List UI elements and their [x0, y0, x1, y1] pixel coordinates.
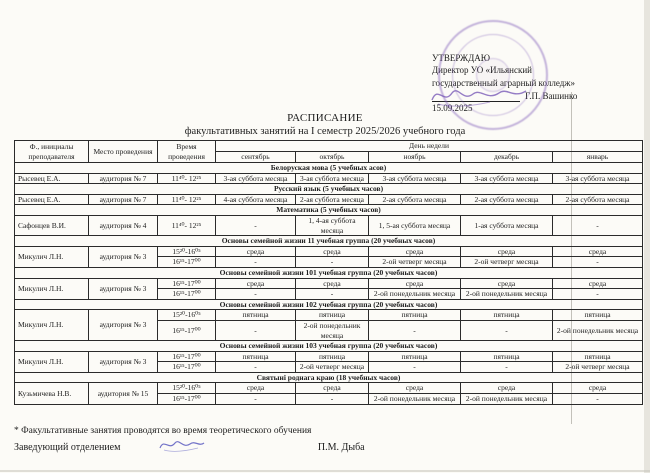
schedule-cell: среда: [553, 246, 643, 257]
col-header-time: Время проведения: [158, 141, 216, 163]
schedule-cell: 2-ой понедельник месяца: [296, 320, 369, 340]
teacher-cell: Микулич Л.Н.: [15, 246, 89, 267]
time-cell: 16¹⁵-17⁰⁰: [158, 394, 216, 405]
schedule-cell: 3-ая суббота месяца: [461, 173, 553, 184]
schedule-cell: пятница: [369, 351, 461, 362]
section-title: Белоруская мова (5 учебных асов): [15, 163, 643, 174]
section-header-row: Русский язык (5 учебных часов): [15, 184, 643, 195]
schedule-cell: -: [216, 362, 296, 373]
time-cell: 11⁴⁰- 12²⁵: [158, 215, 216, 235]
schedule-cell: среда: [216, 383, 296, 394]
schedule-cell: -: [553, 215, 643, 235]
schedule-row: Рысевец Е.А.аудитория № 711⁴⁰- 12²⁵4-ая …: [15, 194, 643, 205]
schedule-cell: 2-ой четверг месяца: [461, 257, 553, 268]
time-cell: 16¹⁵-17⁰⁰: [158, 351, 216, 362]
section-title: Святыні роднага краю (18 учебных часов): [15, 372, 643, 383]
schedule-cell: пятница: [216, 351, 296, 362]
schedule-cell: среда: [461, 278, 553, 289]
teacher-cell: Кузьмичева Н.В.: [15, 383, 89, 404]
col-header-month: январь: [553, 152, 643, 163]
schedule-cell: 2-ой понедельник месяца: [461, 394, 553, 405]
schedule-cell: 2-ая суббота месяца: [553, 194, 643, 205]
schedule-cell: 2-ой понедельник месяца: [461, 289, 553, 300]
time-cell: 15²⁰-16⁰⁵: [158, 383, 216, 394]
schedule-row: Сафонцев В.И.аудитория № 411⁴⁰- 12²⁵-1, …: [15, 215, 643, 235]
teacher-cell: Рысевец Е.А.: [15, 194, 89, 205]
schedule-cell: -: [461, 320, 553, 340]
schedule-cell: -: [461, 362, 553, 373]
document-subtitle: факультативных занятий на I семестр 2025…: [0, 126, 650, 137]
schedule-cell: среда: [461, 383, 553, 394]
schedule-cell: 2-ой четверг месяца: [296, 362, 369, 373]
approval-date: 15.09.2025: [432, 102, 647, 114]
schedule-cell: -: [369, 362, 461, 373]
schedule-cell: 3-ая суббота месяца: [296, 173, 369, 184]
footer-row: Заведующий отделением П.М. Дыба: [14, 442, 614, 453]
schedule-cell: среда: [553, 383, 643, 394]
schedule-cell: 2-ая суббота месяца: [461, 194, 553, 205]
teacher-cell: Микулич Л.Н.: [15, 351, 89, 372]
schedule-cell: среда: [369, 246, 461, 257]
schedule-cell: -: [553, 394, 643, 405]
time-cell: 15²⁰-16⁰⁵: [158, 246, 216, 257]
place-cell: аудитория № 3: [89, 246, 158, 267]
schedule-cell: 2-ой понедельник месяца: [369, 289, 461, 300]
col-header-month: сентябрь: [216, 152, 296, 163]
place-cell: аудитория № 3: [89, 351, 158, 372]
schedule-cell: среда: [553, 278, 643, 289]
time-cell: 11⁴⁰- 12²⁵: [158, 173, 216, 184]
schedule-cell: среда: [461, 246, 553, 257]
section-header-row: Белоруская мова (5 учебных асов): [15, 163, 643, 174]
schedule-row: Микулич Л.Н.аудитория № 316¹⁵-17⁰⁰пятниц…: [15, 351, 643, 362]
schedule-cell: 3-ая суббота месяца: [216, 173, 296, 184]
schedule-cell: пятница: [461, 310, 553, 321]
col-header-teacher: Ф., инициалы преподавателя: [15, 141, 89, 163]
schedule-cell: пятница: [216, 310, 296, 321]
footer-position: Заведующий отделением: [14, 442, 120, 453]
schedule-cell: среда: [369, 383, 461, 394]
schedule-cell: -: [296, 394, 369, 405]
col-header-month: декабрь: [461, 152, 553, 163]
section-header-row: Святыні роднага краю (18 учебных часов): [15, 372, 643, 383]
section-title: Основы семейной жизни 102 учебная группа…: [15, 299, 643, 310]
title-block: РАСПИСАНИЕ факультативных занятий на I с…: [0, 112, 650, 137]
signature-line: [432, 92, 520, 102]
schedule-cell: пятница: [461, 351, 553, 362]
schedule-row: Микулич Л.Н.аудитория № 316¹⁵-17⁰⁰средас…: [15, 278, 643, 289]
place-cell: аудитория № 4: [89, 215, 158, 235]
place-cell: аудитория № 3: [89, 310, 158, 341]
schedule-cell: пятница: [369, 310, 461, 321]
teacher-cell: Сафонцев В.И.: [15, 215, 89, 235]
col-header-month: ноябрь: [369, 152, 461, 163]
schedule-row: Микулич Л.Н.аудитория № 315²⁰-16⁰⁵средас…: [15, 246, 643, 257]
time-cell: 16¹⁵-17⁰⁰: [158, 257, 216, 268]
schedule-cell: -: [216, 257, 296, 268]
schedule-cell: 1-ая суббота месяца: [461, 215, 553, 235]
col-header-place: Место проведения: [89, 141, 158, 163]
schedule-cell: среда: [216, 246, 296, 257]
schedule-cell: -: [553, 289, 643, 300]
time-cell: 16¹⁵-17⁰⁰: [158, 362, 216, 373]
schedule-cell: пятница: [296, 351, 369, 362]
teacher-cell: Рысевец Е.А.: [15, 173, 89, 184]
schedule-cell: -: [216, 320, 296, 340]
time-cell: 15²⁰-16⁰⁵: [158, 310, 216, 321]
schedule-cell: 1, 4-ая суббота месяца: [296, 215, 369, 235]
schedule-cell: -: [216, 289, 296, 300]
schedule-cell: 3-ая суббота месяца: [369, 173, 461, 184]
schedule-cell: 3-ая суббота месяца: [553, 173, 643, 184]
time-cell: 16¹⁵-17⁰⁰: [158, 278, 216, 289]
schedule-row: Микулич Л.Н.аудитория № 315²⁰-16⁰⁵пятниц…: [15, 310, 643, 321]
schedule-cell: -: [296, 289, 369, 300]
section-header-row: Математика (5 учебных часов): [15, 205, 643, 216]
approval-signature-row: Г.П. Вашинко: [432, 90, 647, 102]
schedule-cell: 2-ой четверг месяца: [553, 362, 643, 373]
section-header-row: Основы семейной жизни 11 учебная группа …: [15, 236, 643, 247]
schedule-cell: -: [216, 215, 296, 235]
schedule-cell: -: [296, 257, 369, 268]
schedule-cell: 2-ой четверг месяца: [369, 257, 461, 268]
schedule-cell: среда: [296, 278, 369, 289]
approval-block: УТВЕРЖДАЮ Директор УО «Ильянский государ…: [432, 52, 647, 114]
section-header-row: Основы семейной жизни 102 учебная группа…: [15, 299, 643, 310]
footnote: * Факультативные занятия проводятся во в…: [14, 426, 311, 436]
col-header-day-of-week: День недели: [216, 141, 643, 152]
schedule-cell: 2-ой понедельник месяца: [369, 394, 461, 405]
place-cell: аудитория № 7: [89, 194, 158, 205]
scanned-schedule-document: { "colors": { "ink": "#1c1c1c", "stamp_v…: [0, 0, 650, 473]
schedule-cell: среда: [369, 278, 461, 289]
director-name: Г.П. Вашинко: [525, 90, 577, 102]
teacher-cell: Микулич Л.Н.: [15, 310, 89, 341]
section-title: Математика (5 учебных часов): [15, 205, 643, 216]
schedule-cell: пятница: [553, 310, 643, 321]
approval-line3: государственный аграрный колледж»: [432, 77, 647, 89]
schedule-cell: пятница: [553, 351, 643, 362]
schedule-cell: 4-ая суббота месяца: [216, 194, 296, 205]
schedule-cell: -: [553, 257, 643, 268]
footer-name: П.М. Дыба: [318, 442, 365, 453]
time-cell: 16¹⁵-17⁰⁰: [158, 320, 216, 340]
section-title: Основы семейной жизни 11 учебная группа …: [15, 236, 643, 247]
section-header-row: Основы семейной жизни 101 учебная группа…: [15, 267, 643, 278]
col-header-month: октябрь: [296, 152, 369, 163]
place-cell: аудитория № 3: [89, 278, 158, 299]
schedule-table-body: Белоруская мова (5 учебных асов)Рысевец …: [15, 163, 643, 405]
schedule-cell: среда: [216, 278, 296, 289]
section-title: Русский язык (5 учебных часов): [15, 184, 643, 195]
schedule-row: Кузьмичева Н.В.аудитория № 1515²⁰-16⁰⁵ср…: [15, 383, 643, 394]
schedule-cell: 1, 5-ая суббота месяца: [369, 215, 461, 235]
schedule-cell: -: [216, 394, 296, 405]
scan-edge-bottom: [0, 470, 650, 472]
teacher-cell: Микулич Л.Н.: [15, 278, 89, 299]
schedule-table: Ф., инициалы преподавателя Место проведе…: [14, 140, 643, 405]
schedule-row: Рысевец Е.А.аудитория № 711⁴⁰- 12²⁵3-ая …: [15, 173, 643, 184]
schedule-cell: -: [369, 320, 461, 340]
approval-line2: Директор УО «Ильянский: [432, 64, 647, 76]
place-cell: аудитория № 7: [89, 173, 158, 184]
schedule-cell: пятница: [296, 310, 369, 321]
section-title: Основы семейной жизни 103 учебная группа…: [15, 341, 643, 352]
schedule-cell: 2-ая суббота месяца: [296, 194, 369, 205]
time-cell: 16¹⁵-17⁰⁰: [158, 289, 216, 300]
schedule-cell: среда: [296, 246, 369, 257]
section-header-row: Основы семейной жизни 103 учебная группа…: [15, 341, 643, 352]
approval-line1: УТВЕРЖДАЮ: [432, 52, 647, 64]
schedule-cell: 2-ая суббота месяца: [369, 194, 461, 205]
schedule-cell: 2-ой понедельник месяца: [553, 320, 643, 340]
place-cell: аудитория № 15: [89, 383, 158, 404]
time-cell: 11⁴⁰- 12²⁵: [158, 194, 216, 205]
schedule-cell: среда: [296, 383, 369, 394]
section-title: Основы семейной жизни 101 учебная группа…: [15, 267, 643, 278]
